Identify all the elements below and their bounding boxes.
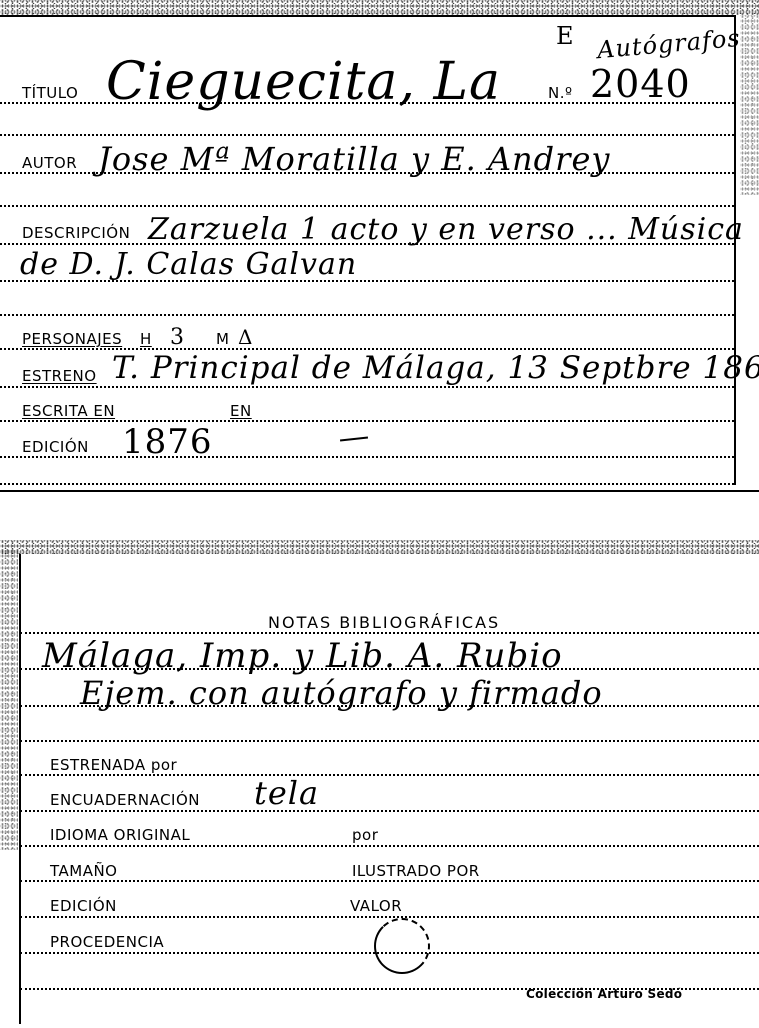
encuadernacion-value: tela [254,774,319,812]
scan-edge-left [0,550,18,850]
descripcion-line [0,243,734,245]
encuadernacion-label: ENCUADERNACIÓN [50,791,200,809]
escrita-en-label: ESCRITA EN [22,402,115,420]
notas-title: NOTAS BIBLIOGRÁFICAS [268,613,500,632]
tamano-line [20,880,759,882]
notas-line [20,705,759,707]
personajes-m-label: M [216,330,229,348]
notas-line1: Málaga, Imp. y Lib. A. Rubio [42,636,563,676]
card-top-border [0,15,735,17]
descripcion-value-line1: Zarzuela 1 acto y en verso ... Música [148,212,744,247]
autor-label: AUTOR [22,154,77,172]
circle-pencil-mark [374,918,430,974]
collection-footer: Colección Arturo Sedó [526,987,682,1001]
corner-mark: E [556,22,575,50]
pencil-stroke [340,437,368,442]
autor-line [0,172,734,174]
escrita-en-second-label: EN [230,402,252,420]
personajes-m-value: Δ [238,325,253,349]
titulo-line [0,102,734,104]
estreno-line [0,386,734,388]
category-note: Autógrafos [596,24,742,64]
row-line [0,314,734,316]
numero-label: N.º [548,84,573,102]
scan-edge-right [740,15,759,195]
top-catalog-card: E Autógrafos TÍTULO Cieguecita, La N.º 2… [0,0,759,500]
procedencia-line [20,952,759,954]
edicion-bottom-line [20,916,759,918]
tamano-label: TAMAÑO [50,862,118,880]
row-line [20,740,759,742]
numero-value: 2040 [590,62,691,106]
row-line [0,134,734,136]
idioma-por-label: por [352,826,378,844]
card-bottom-border [0,490,759,492]
escrita-line [0,420,734,422]
row-line [0,483,734,485]
card-right-border [734,15,736,485]
scan-edge-top [0,0,759,15]
row-line [0,205,734,207]
ilustrado-por-label: ILUSTRADO POR [352,862,480,880]
descripcion-label: DESCRIPCIÓN [22,224,130,242]
valor-label: VALOR [350,897,402,915]
personajes-label: PERSONAJES [22,330,122,348]
edicion-line [0,456,734,458]
estrenada-line [20,774,759,776]
notas-line [20,668,759,670]
idioma-label: IDIOMA ORIGINAL [50,826,190,844]
descripcion-line-2 [0,280,734,282]
edicion-label: EDICIÓN [22,438,89,456]
estreno-label: ESTRENO [22,367,97,385]
bottom-catalog-card: NOTAS BIBLIOGRÁFICAS Málaga, Imp. y Lib.… [0,540,759,1028]
encuadernacion-line [20,810,759,812]
personajes-h-value: 3 [170,325,185,350]
procedencia-label: PROCEDENCIA [50,933,164,951]
descripcion-value-line2: de D. J. Calas Galvan [20,247,357,282]
titulo-label: TÍTULO [22,84,78,102]
idioma-line [20,845,759,847]
edicion-label-bottom: EDICIÓN [50,897,117,915]
estreno-value: T. Principal de Málaga, 13 Septbre 1867 [112,350,759,386]
estrenada-label: ESTRENADA por [50,756,177,774]
personajes-h-label: H [140,330,152,348]
scan-edge-top [0,540,759,554]
notas-line [20,632,759,634]
